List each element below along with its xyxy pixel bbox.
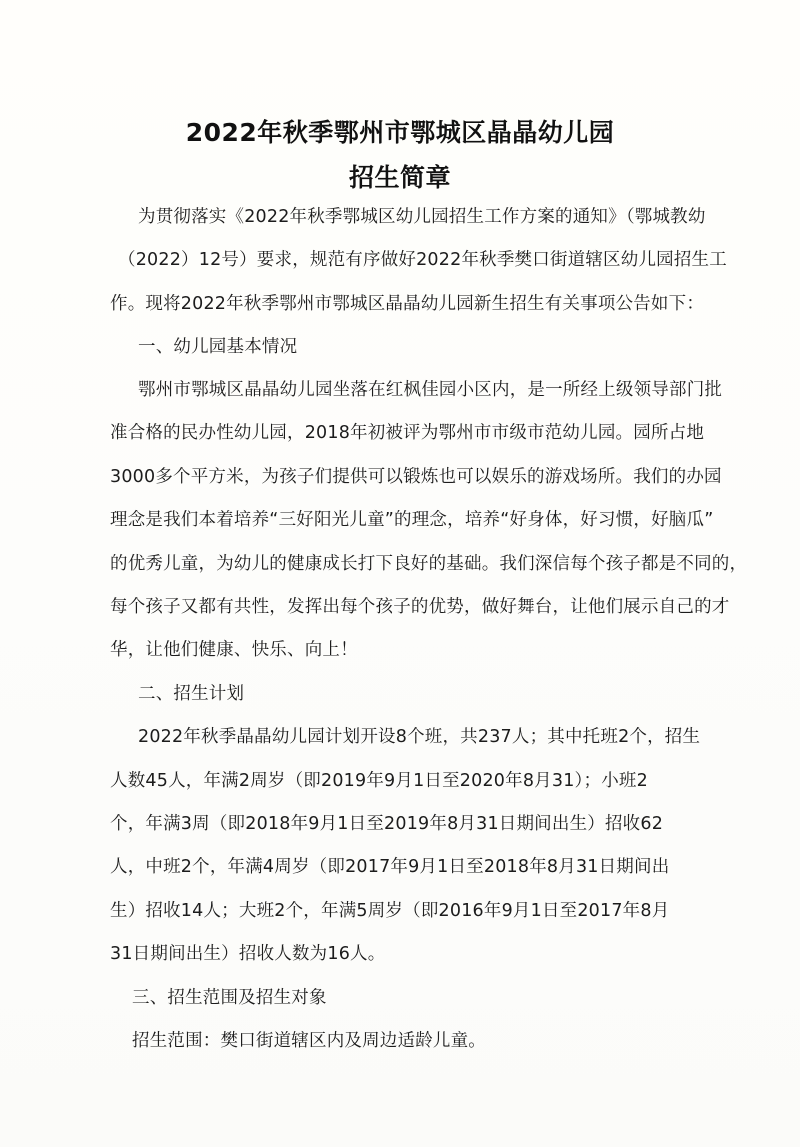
paragraph-line: 31日期间出生）招收人数为16人。 bbox=[110, 940, 385, 965]
intro-line: 作。现将2022年秋季鄂州市鄂城区晶晶幼儿园新生招生有关事项公告如下： bbox=[110, 290, 704, 315]
paragraph-line: 2022年秋季晶晶幼儿园计划开设8个班，共237人；其中托班2个，招生 bbox=[138, 723, 700, 748]
paragraph-line: 的优秀儿童，为幼儿的健康成长打下良好的基础。我们深信每个孩子都是不同的， bbox=[110, 550, 747, 575]
paragraph-line: 生）招收14人；大班2个，年满5周岁（即2016年9月1日至2017年8月 bbox=[110, 897, 669, 922]
paragraph-line: 鄂州市鄂城区晶晶幼儿园坐落在红枫佳园小区内，是一所经上级领导部门批 bbox=[138, 376, 722, 401]
paragraph-line: 人，中班2个，年满4周岁（即2017年9月1日至2018年8月31日期间出 bbox=[110, 853, 669, 878]
document-page: 2022年秋季鄂州市鄂城区晶晶幼儿园 招生简章 为贯彻落实《2022年秋季鄂城区… bbox=[0, 0, 800, 1147]
section-heading-basic-info: 一、幼儿园基本情况 bbox=[138, 333, 297, 358]
paragraph-line: 人数45人，年满2周岁（即2019年9月1日至2020年8月31）；小班2 bbox=[110, 767, 648, 792]
paragraph-line: 准合格的民办性幼儿园，2018年初被评为鄂州市市级市范幼儿园。园所占地 bbox=[110, 419, 704, 444]
paragraph-line: 理念是我们本着培养“三好阳光儿童”的理念，培养“好身体，好习惯，好脑瓜” bbox=[110, 506, 713, 531]
intro-line: 为贯彻落实《2022年秋季鄂城区幼儿园招生工作方案的通知》（鄂城教幼 bbox=[138, 203, 706, 228]
document-title: 2022年秋季鄂州市鄂城区晶晶幼儿园 bbox=[0, 113, 800, 149]
section-heading-enrollment-plan: 二、招生计划 bbox=[138, 680, 244, 705]
paragraph-line: 招生范围：樊口街道辖区内及周边适龄儿童。 bbox=[132, 1027, 486, 1052]
paragraph-line: 每个孩子又都有共性，发挥出每个孩子的优势，做好舞台，让他们展示自己的才 bbox=[110, 593, 730, 618]
document-subtitle: 招生简章 bbox=[0, 158, 800, 194]
paragraph-line: 个，年满3周（即2018年9月1日至2019年8月31日期间出生）招收62 bbox=[110, 810, 663, 835]
paragraph-line: 华，让他们健康、快乐、向上！ bbox=[110, 636, 358, 661]
paragraph-line: 3000多个平方米，为孩子们提供可以锻炼也可以娱乐的游戏场所。我们的办园 bbox=[110, 463, 722, 488]
intro-line: （2022）12号）要求，规范有序做好2022年秋季樊口街道辖区幼儿园招生工 bbox=[118, 246, 727, 271]
section-heading-enrollment-scope: 三、招生范围及招生对象 bbox=[132, 984, 327, 1009]
